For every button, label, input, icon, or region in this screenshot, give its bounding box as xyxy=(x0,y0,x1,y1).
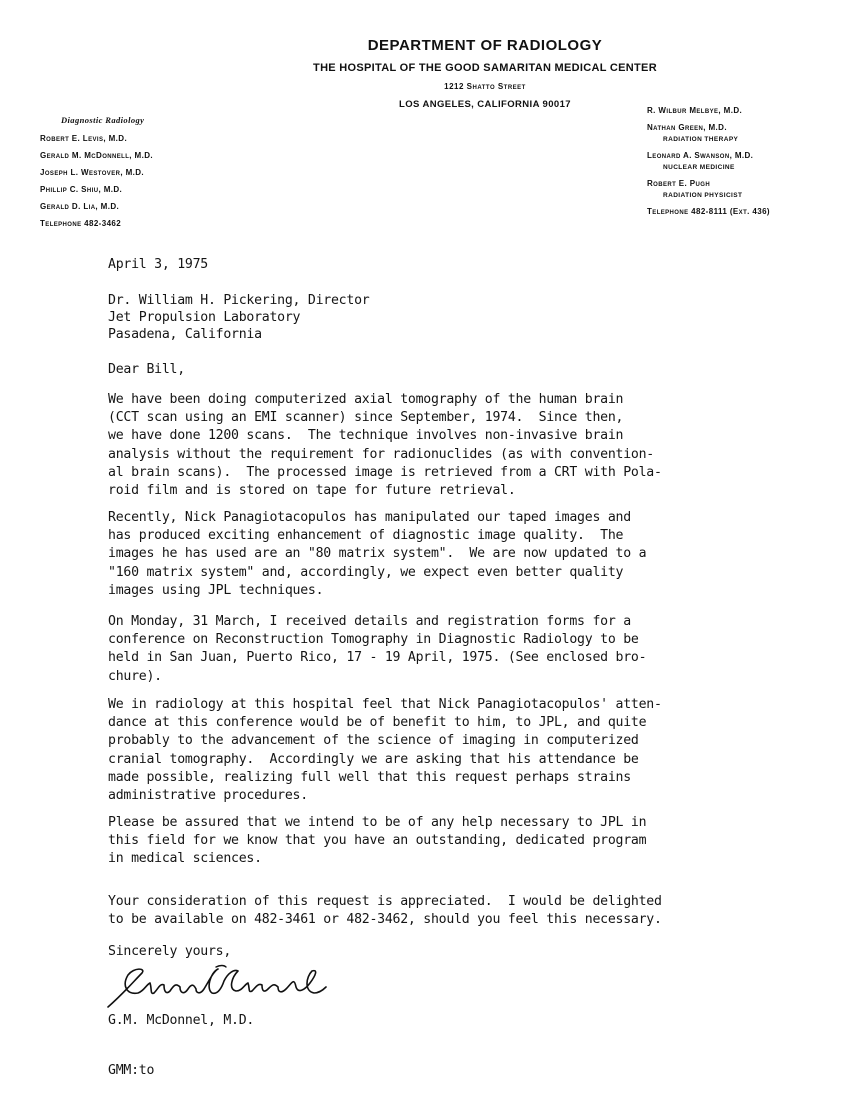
paragraph-2: Recently, Nick Panagiotacopulos has mani… xyxy=(108,509,646,600)
handwritten-signature xyxy=(104,963,334,1013)
salutation: Dear Bill, xyxy=(108,361,185,379)
signer-name: G.M. McDonnel, M.D. xyxy=(108,1012,254,1030)
letterhead-left-column: Diagnostic Radiology Robert E. Levis, M.… xyxy=(40,115,153,232)
staff-name: R. Wilbur Melbye, M.D. xyxy=(647,105,770,117)
staff-name: Phillip C. Shiu, M.D. xyxy=(40,181,153,198)
paragraph-4: We in radiology at this hospital feel th… xyxy=(108,696,662,805)
paragraph-1: We have been doing computerized axial to… xyxy=(108,391,662,500)
right-telephone: Telephone 482-8111 (Ext. 436) xyxy=(647,206,770,218)
recipient-line: Pasadena, California xyxy=(108,326,262,344)
staff-name: Robert E. Levis, M.D. xyxy=(40,130,153,147)
staff-role: Nuclear Medicine xyxy=(663,162,770,173)
hospital-name: THE HOSPITAL OF THE GOOD SAMARITAN MEDIC… xyxy=(200,62,770,74)
reference-initials: GMM:to xyxy=(108,1062,154,1080)
staff-name: Nathan Green, M.D. xyxy=(647,122,770,134)
staff-name: Robert E. Pugh xyxy=(647,178,770,190)
staff-name: Gerald D. Lia, M.D. xyxy=(40,198,153,215)
recipient-line: Dr. William H. Pickering, Director xyxy=(108,292,369,310)
staff-name: Leonard A. Swanson, M.D. xyxy=(647,150,770,162)
closing: Sincerely yours, xyxy=(108,943,231,961)
street-address: 1212 Shatto Street xyxy=(200,82,770,91)
staff-role: Radiation Therapy xyxy=(663,134,770,145)
letterhead-right-column: R. Wilbur Melbye, M.D. Nathan Green, M.D… xyxy=(647,105,770,218)
left-telephone: Telephone 482-3462 xyxy=(40,215,153,232)
letter-date: April 3, 1975 xyxy=(108,256,208,274)
paragraph-5: Please be assured that we intend to be o… xyxy=(108,814,646,869)
letter-page: DEPARTMENT OF RADIOLOGY THE HOSPITAL OF … xyxy=(0,0,850,1119)
paragraph-6: Your consideration of this request is ap… xyxy=(108,893,662,929)
staff-role: Radiation Physicist xyxy=(663,190,770,201)
section-label: Diagnostic Radiology xyxy=(61,115,153,125)
paragraph-3: On Monday, 31 March, I received details … xyxy=(108,613,646,686)
recipient-line: Jet Propulsion Laboratory xyxy=(108,309,300,327)
staff-name: Joseph L. Westover, M.D. xyxy=(40,164,153,181)
department-title: DEPARTMENT OF RADIOLOGY xyxy=(200,37,770,54)
staff-name: Gerald M. McDonnell, M.D. xyxy=(40,147,153,164)
